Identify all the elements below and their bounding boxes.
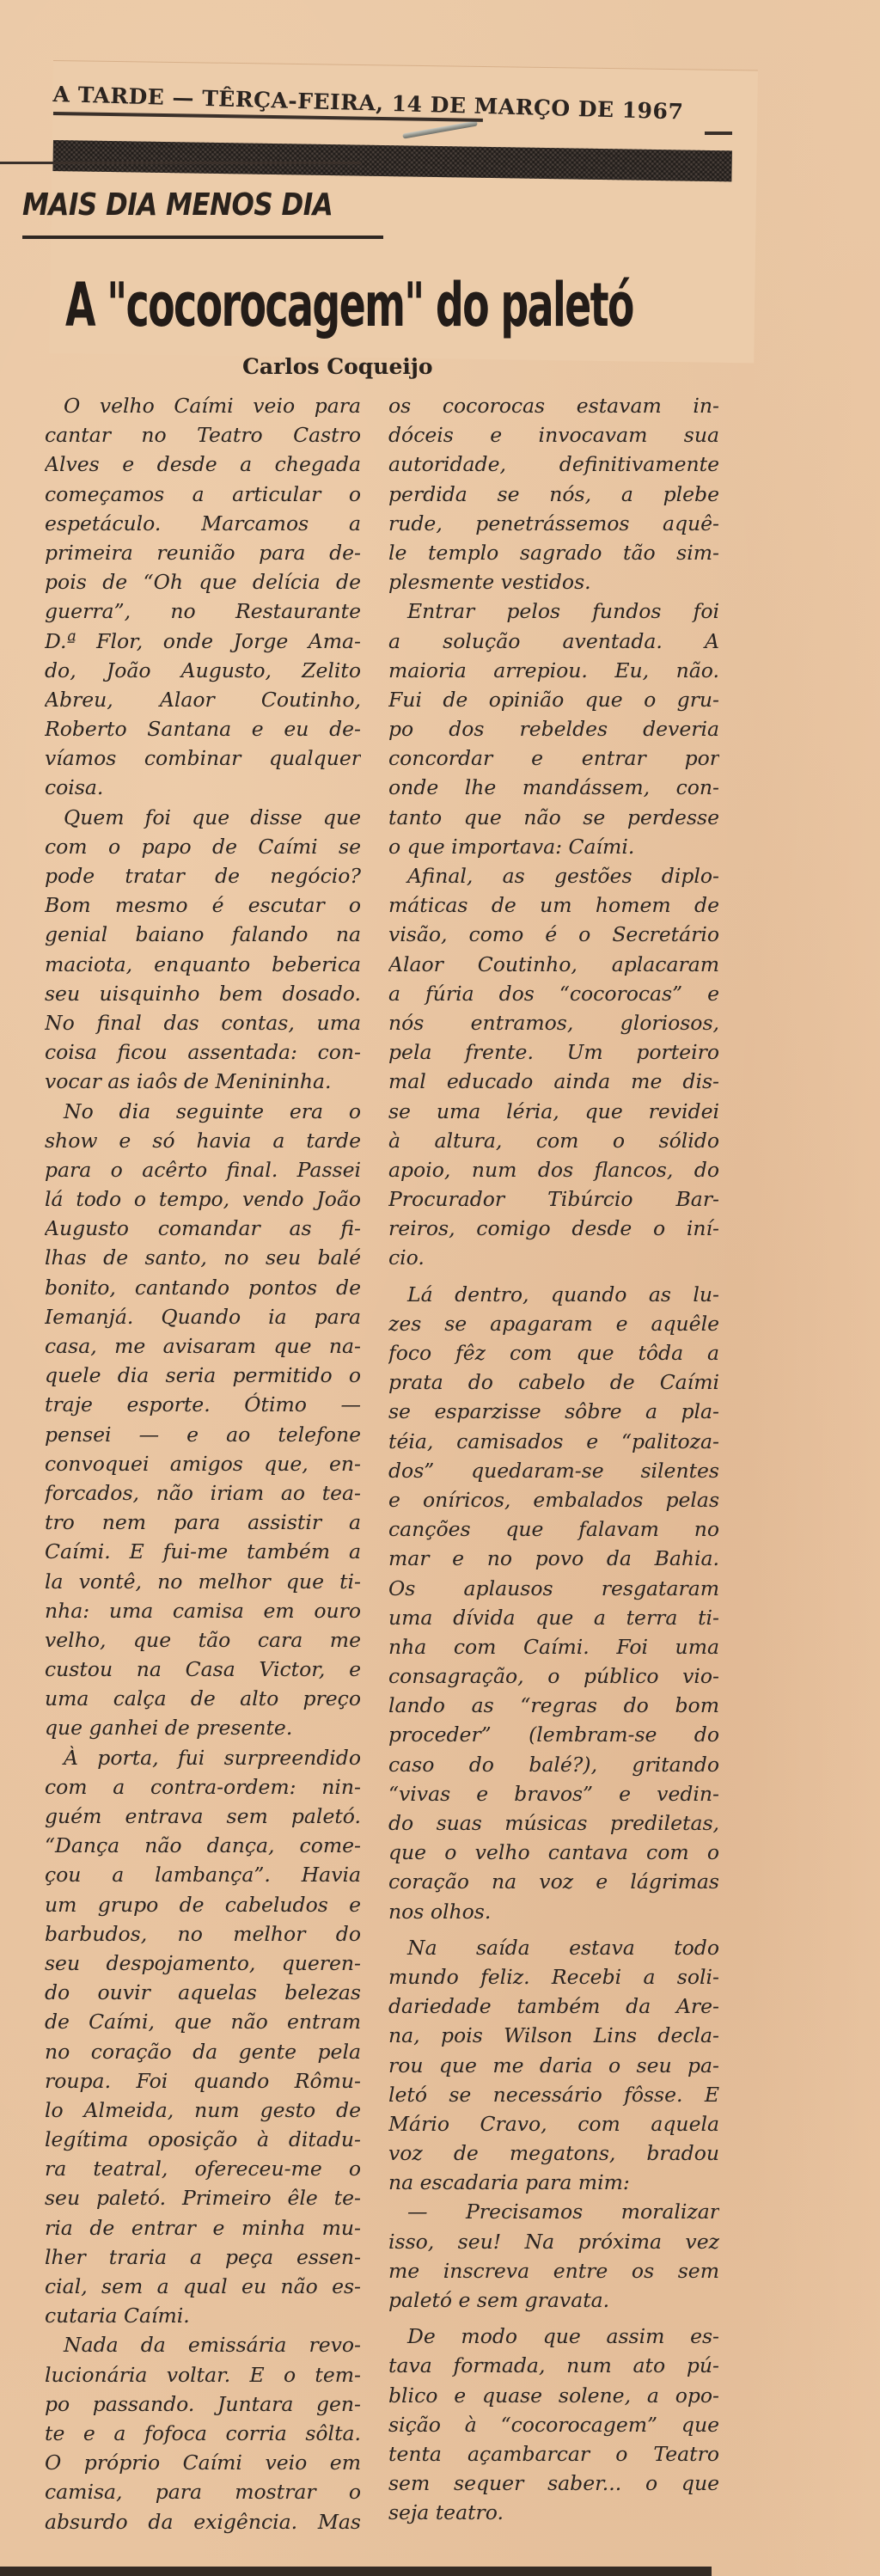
article-text-line: No dia seguinte era o bbox=[45, 1097, 361, 1126]
article-text-line: roupa. Foi quando Rômu- bbox=[45, 2066, 361, 2096]
article-text-line: concordar e entrar por bbox=[388, 743, 719, 773]
article-text-line: Quem foi que disse que bbox=[45, 803, 361, 832]
article-text-line: que o velho cantava com o bbox=[388, 1838, 719, 1867]
article-text-line: onde lhe mandássem, con- bbox=[388, 773, 719, 802]
article-text-line: legítima oposição à ditadu- bbox=[45, 2125, 361, 2154]
article-text-line: uma dívida que a terra ti- bbox=[388, 1603, 719, 1632]
article-text-line: Lá dentro, quando as lu- bbox=[388, 1280, 719, 1309]
article-text-line: pode tratar de negócio? bbox=[45, 861, 361, 890]
article-text-line: custou na Casa Victor, e bbox=[45, 1655, 361, 1684]
article-text-line: lucionária voltar. E o tem- bbox=[45, 2360, 361, 2389]
article-text-line: plesmente vestidos. bbox=[388, 567, 719, 597]
article-text-line: que ganhei de presente. bbox=[45, 1713, 361, 1742]
article-text-line: Fui de opinião que o gru- bbox=[388, 685, 719, 714]
article-text-line: cial, sem a qual eu não es- bbox=[45, 2272, 361, 2301]
article-text-line: No final das contas, uma bbox=[45, 1008, 361, 1037]
article-text-line: traje esporte. Ótimo — bbox=[45, 1390, 361, 1419]
article-text-line: maioria arrepiou. Eu, não. bbox=[388, 656, 719, 685]
article-text-line: velho, que tão cara me bbox=[45, 1625, 361, 1655]
article-text-line: zes se apagaram e aquêle bbox=[388, 1309, 719, 1338]
section-title: MAIS DIA MENOS DIA bbox=[22, 187, 333, 223]
article-text-line: se esparzisse sôbre a pla- bbox=[388, 1397, 719, 1426]
article-text-line: O próprio Caími veio em bbox=[45, 2448, 361, 2477]
article-text-line: rude, penetrássemos aquê- bbox=[388, 509, 719, 538]
article-text-line: do suas músicas prediletas, bbox=[388, 1808, 719, 1838]
article-text-line: coração na voz e lágrimas bbox=[388, 1867, 719, 1896]
article-column-right: os cocorocas estavam in-dóceis e invocav… bbox=[388, 391, 719, 2528]
article-text-line: o que importava: Caími. bbox=[388, 832, 719, 861]
article-text-line: autoridade, definitivamente bbox=[388, 450, 719, 479]
article-text-line: pensei — e ao telefone bbox=[45, 1420, 361, 1449]
article-text-line: lá todo o tempo, vendo João bbox=[45, 1184, 361, 1214]
article-text-line: Augusto comandar as fi- bbox=[45, 1214, 361, 1243]
article-text-line: absurdo da exigência. Mas bbox=[45, 2507, 361, 2536]
article-text-line: Bom mesmo é escutar o bbox=[45, 890, 361, 920]
article-text-line: lando as “regras do bom bbox=[388, 1691, 719, 1720]
article-text-line: primeira reunião para de- bbox=[45, 538, 361, 567]
article-text-line: espetáculo. Marcamos a bbox=[45, 509, 361, 538]
article-text-line: Os aplausos resgataram bbox=[388, 1574, 719, 1603]
article-text-line: lhas de santo, no seu balé bbox=[45, 1243, 361, 1272]
article-text-line: blico e quase solene, a opo- bbox=[388, 2381, 719, 2410]
article-text-line: mar e no povo da Bahia. bbox=[388, 1544, 719, 1573]
article-text-line: ria de entrar e minha mu- bbox=[45, 2213, 361, 2243]
article-text-line: vocar as iaôs de Menininha. bbox=[45, 1067, 361, 1096]
clipping-edge-rule bbox=[0, 162, 361, 164]
article-text-line: dariedade também da Are- bbox=[388, 1992, 719, 2021]
article-text-line: le templo sagrado tão sim- bbox=[388, 538, 719, 567]
article-text-line: no coração da gente pela bbox=[45, 2037, 361, 2066]
article-text-line: e oníricos, embalados pelas bbox=[388, 1485, 719, 1514]
article-text-line: Entrar pelos fundos foi bbox=[388, 597, 719, 626]
article-text-line: na escadaria para mim: bbox=[388, 2168, 719, 2197]
article-text-line: bonito, cantando pontos de bbox=[45, 1273, 361, 1302]
article-text-line: Roberto Santana e eu de- bbox=[45, 714, 361, 743]
article-text-line: ra teatral, ofereceu-me o bbox=[45, 2154, 361, 2183]
article-text-line: uma calça de alto preço bbox=[45, 1684, 361, 1713]
article-text-line: rou que me daria o seu pa- bbox=[388, 2051, 719, 2080]
article-text-line: isso, seu! Na próxima vez bbox=[388, 2227, 719, 2256]
article-text-line: guém entrava sem paletó. bbox=[45, 1802, 361, 1831]
article-text-line: de Caími, que não entram bbox=[45, 2007, 361, 2036]
article-text-line: forcados, não iriam ao tea- bbox=[45, 1478, 361, 1508]
article-text-line: lher traria a peça essen- bbox=[45, 2243, 361, 2272]
article-text-line: dóceis e invocavam sua bbox=[388, 420, 719, 450]
article-text-line: sição à “cocorocagem” que bbox=[388, 2410, 719, 2439]
article-text-line: Procurador Tibúrcio Bar- bbox=[388, 1184, 719, 1214]
article-column-left: O velho Caími veio paracantar no Teatro … bbox=[45, 391, 361, 2536]
article-text-line: do, João Augusto, Zelito bbox=[45, 656, 361, 685]
article-text-line: Abreu, Alaor Coutinho, bbox=[45, 685, 361, 714]
article-text-line: guerra”, no Restaurante bbox=[45, 597, 361, 626]
article-text-line: proceder” (lembram-se do bbox=[388, 1720, 719, 1749]
article-text-line: na, pois Wilson Lins decla- bbox=[388, 2021, 719, 2050]
masthead-rule-dash bbox=[705, 132, 732, 135]
article-text-line: la vontê, no melhor que ti- bbox=[45, 1567, 361, 1596]
article-text-line: coisa ficou assentada: con- bbox=[45, 1037, 361, 1067]
article-text-line: sem sequer saber... o que bbox=[388, 2469, 719, 2498]
article-text-line: genial baiano falando na bbox=[45, 920, 361, 949]
article-text-line: víamos combinar qualquer bbox=[45, 743, 361, 773]
article-text-line: do ouvir aquelas belezas bbox=[45, 1978, 361, 2007]
article-text-line: Mário Cravo, com aquela bbox=[388, 2109, 719, 2139]
article-text-line: cio. bbox=[388, 1243, 719, 1272]
article-text-line: po dos rebeldes deveria bbox=[388, 714, 719, 743]
article-text-line: os cocorocas estavam in- bbox=[388, 391, 719, 420]
article-text-line: Nada da emissária revo- bbox=[45, 2330, 361, 2359]
article-text-line: a solução aventada. A bbox=[388, 627, 719, 656]
article-text-line: D.ª Flor, onde Jorge Ama- bbox=[45, 627, 361, 656]
article-text-line: nós entramos, gloriosos, bbox=[388, 1008, 719, 1037]
article-text-line: foco fêz com que tôda a bbox=[388, 1338, 719, 1368]
article-text-line: coisa. bbox=[45, 773, 361, 802]
article-text-line: máticas de um homem de bbox=[388, 890, 719, 920]
article-text-line: seu despojamento, queren- bbox=[45, 1949, 361, 1978]
article-text-line: “vivas e bravos” e vedin- bbox=[388, 1779, 719, 1808]
article-text-line: com a contra-ordem: nin- bbox=[45, 1772, 361, 1802]
article-text-line: tro nem para assistir a bbox=[45, 1508, 361, 1537]
article-text-line: paletó e sem gravata. bbox=[388, 2285, 719, 2315]
article-text-line: barbudos, no melhor do bbox=[45, 1919, 361, 1949]
article-text-line: nos olhos. bbox=[388, 1897, 719, 1926]
article-text-line: quele dia seria permitido o bbox=[45, 1361, 361, 1390]
article-text-line: te e a fofoca corria sôlta. bbox=[45, 2419, 361, 2448]
article-text-line: maciota, enquanto beberica bbox=[45, 950, 361, 979]
article-text-line: Alaor Coutinho, aplacaram bbox=[388, 950, 719, 979]
article-text-line: De modo que assim es- bbox=[388, 2322, 719, 2351]
article-text-line: a fúria dos “cocorocas” e bbox=[388, 979, 719, 1008]
article-text-line: Iemanjá. Quando ia para bbox=[45, 1302, 361, 1331]
article-text-line: consagração, o público vio- bbox=[388, 1661, 719, 1691]
article-text-line: “Dança não dança, come- bbox=[45, 1831, 361, 1860]
article-text-line: À porta, fui surpreendido bbox=[45, 1743, 361, 1772]
article-text-line: çou a lambança”. Havia bbox=[45, 1860, 361, 1889]
article-text-line: Na saída estava todo bbox=[388, 1933, 719, 1962]
article-text-line: tanto que não se perdesse bbox=[388, 803, 719, 832]
article-text-line: letó se necessário fôsse. E bbox=[388, 2080, 719, 2109]
article-text-line: Caími. E fui-me também a bbox=[45, 1537, 361, 1566]
page-margin bbox=[751, 0, 880, 2576]
article-text-line: tava formada, num ato pú- bbox=[388, 2351, 719, 2380]
article-text-line: camisa, para mostrar o bbox=[45, 2477, 361, 2506]
article-text-line: nha: uma camisa em ouro bbox=[45, 1596, 361, 1625]
article-text-line: com o papo de Caími se bbox=[45, 832, 361, 861]
bottom-rule bbox=[0, 2567, 712, 2576]
article-text-line: pois de “Oh que delícia de bbox=[45, 567, 361, 597]
article-text-line: tenta açambarcar o Teatro bbox=[388, 2439, 719, 2469]
article-text-line: para o acêrto final. Passei bbox=[45, 1155, 361, 1184]
article-text-line: po passando. Juntara gen- bbox=[45, 2389, 361, 2419]
article-text-line: casa, me avisaram que na- bbox=[45, 1331, 361, 1361]
article-text-line: téia, camisados e “palitoza- bbox=[388, 1427, 719, 1456]
article-text-line: me inscreva entre os sem bbox=[388, 2256, 719, 2285]
article-text-line: canções que falavam no bbox=[388, 1514, 719, 1544]
article-text-line: seu uisquinho bem dosado. bbox=[45, 979, 361, 1008]
article-text-line: seu paletó. Primeiro êle te- bbox=[45, 2183, 361, 2212]
article-text-line: cutaria Caími. bbox=[45, 2301, 361, 2330]
article-text-line: à altura, com o sólido bbox=[388, 1126, 719, 1155]
article-text-line: voz de megatons, bradou bbox=[388, 2139, 719, 2168]
article-text-line: apoio, num dos flancos, do bbox=[388, 1155, 719, 1184]
article-text-line: O velho Caími veio para bbox=[45, 391, 361, 420]
article-text-line: dos” quedaram-se silentes bbox=[388, 1456, 719, 1485]
article-text-line: caso do balé?), gritando bbox=[388, 1750, 719, 1779]
article-text-line: mundo feliz. Recebi a soli- bbox=[388, 1962, 719, 1992]
article-text-line: prata do cabelo de Caími bbox=[388, 1368, 719, 1397]
article-text-line: reiros, comigo desde o iní- bbox=[388, 1214, 719, 1243]
article-text-line: Alves e desde a chegada bbox=[45, 450, 361, 479]
article-text-line: mal educado ainda me dis- bbox=[388, 1067, 719, 1096]
article-text-line: pela frente. Um porteiro bbox=[388, 1037, 719, 1067]
article-text-line: perdida se nós, a plebe bbox=[388, 480, 719, 509]
article-text-line: seja teatro. bbox=[388, 2498, 719, 2527]
article-text-line: visão, como é o Secretário bbox=[388, 920, 719, 949]
article-text-line: show e só havia a tarde bbox=[45, 1126, 361, 1155]
article-headline: A "cocorocagem" do paletó bbox=[65, 271, 633, 340]
article-text-line: nha com Caími. Foi uma bbox=[388, 1632, 719, 1661]
article-byline: Carlos Coqueijo bbox=[242, 354, 433, 379]
article-text-line: se uma léria, que revidei bbox=[388, 1097, 719, 1126]
section-rule bbox=[22, 236, 383, 239]
article-text-line: convoquei amigos que, en- bbox=[45, 1449, 361, 1478]
article-text-line: lo Almeida, num gesto de bbox=[45, 2096, 361, 2125]
article-text-line: cantar no Teatro Castro bbox=[45, 420, 361, 450]
article-text-line: — Precisamos moralizar bbox=[388, 2197, 719, 2226]
article-text-line: começamos a articular o bbox=[45, 480, 361, 509]
article-text-line: um grupo de cabeludos e bbox=[45, 1890, 361, 1919]
article-text-line: Afinal, as gestões diplo- bbox=[388, 861, 719, 890]
